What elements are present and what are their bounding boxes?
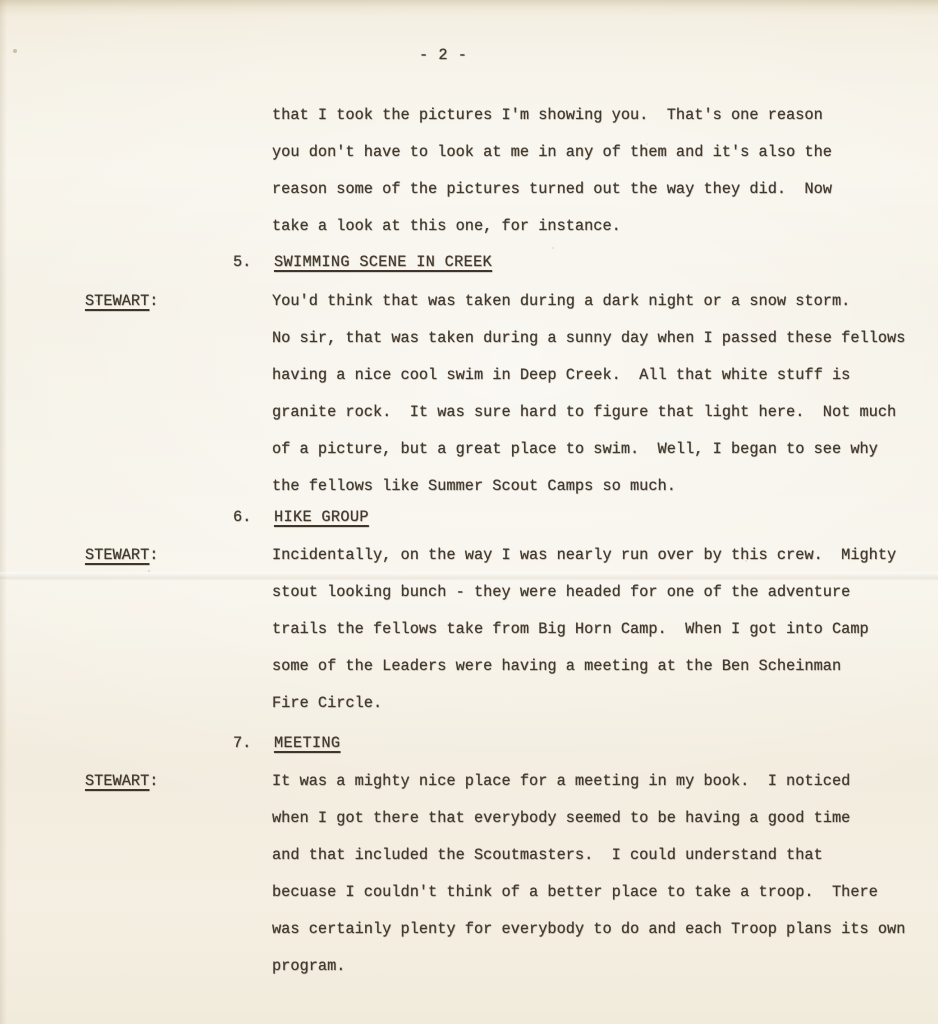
dialogue-line: granite rock. It was sure hard to figure… [272, 394, 938, 431]
speaker-name: STEWART [85, 772, 149, 790]
paper-specks [0, 0, 2, 2]
dialogue-line: Incidentally, on the way I was nearly ru… [272, 537, 938, 574]
speaker-name: STEWART [85, 292, 149, 310]
scene-number: 5. [233, 244, 251, 281]
dialogue-line: trails the fellows take from Big Horn Ca… [272, 611, 938, 648]
dialogue-line: having a nice cool swim in Deep Creek. A… [272, 357, 938, 394]
speaker-name: STEWART [85, 546, 149, 564]
script-page: - 2 - that I took the pictures I'm showi… [0, 0, 938, 1024]
dialogue-continuation: that I took the pictures I'm showing you… [0, 97, 938, 245]
dialogue-line: reason some of the pictures turned out t… [272, 171, 938, 208]
dialogue-line: Fire Circle. [272, 685, 938, 722]
dialogue-line: that I took the pictures I'm showing you… [272, 97, 938, 134]
scene-number: 6. [233, 499, 251, 536]
dialogue-line: You'd think that was taken during a dark… [272, 283, 938, 320]
dialogue-line: the fellows like Summer Scout Camps so m… [272, 468, 938, 505]
page-number: - 2 - [419, 46, 467, 64]
dialogue-line: program. [272, 948, 938, 985]
dialogue-line: It was a mighty nice place for a meeting… [272, 763, 938, 800]
speaker-colon: : [149, 772, 158, 790]
speaker-label: STEWART: [85, 283, 158, 320]
speaker-colon: : [149, 546, 158, 564]
dialogue-line: stout looking bunch - they were headed f… [272, 574, 938, 611]
dialogue-line: and that included the Scoutmasters. I co… [272, 837, 938, 874]
dialogue-line: No sir, that was taken during a sunny da… [272, 320, 938, 357]
scene-title: SWIMMING SCENE IN CREEK [274, 244, 492, 281]
speaker-label: STEWART: [85, 537, 158, 574]
dialogue-line: of a picture, but a great place to swim.… [272, 431, 938, 468]
dialogue-line: when I got there that everybody seemed t… [272, 800, 938, 837]
scene-title: HIKE GROUP [274, 499, 369, 536]
dialogue-block-stewart-1: STEWART: You'd think that was taken duri… [0, 283, 938, 505]
speaker-colon: : [149, 292, 158, 310]
dialogue-block-stewart-2: STEWART: Incidentally, on the way I was … [0, 537, 938, 722]
dialogue-line: becuase I couldn't think of a better pla… [272, 874, 938, 911]
scene-number: 7. [233, 725, 251, 762]
dialogue-line: some of the Leaders were having a meetin… [272, 648, 938, 685]
scene-title: MEETING [274, 725, 340, 762]
dialogue-line: was certainly plenty for everybody to do… [272, 911, 938, 948]
dialogue-line: you don't have to look at me in any of t… [272, 134, 938, 171]
dialogue-line: take a look at this one, for instance. [272, 208, 938, 245]
speaker-label: STEWART: [85, 763, 158, 800]
dialogue-block-stewart-3: STEWART: It was a mighty nice place for … [0, 763, 938, 985]
